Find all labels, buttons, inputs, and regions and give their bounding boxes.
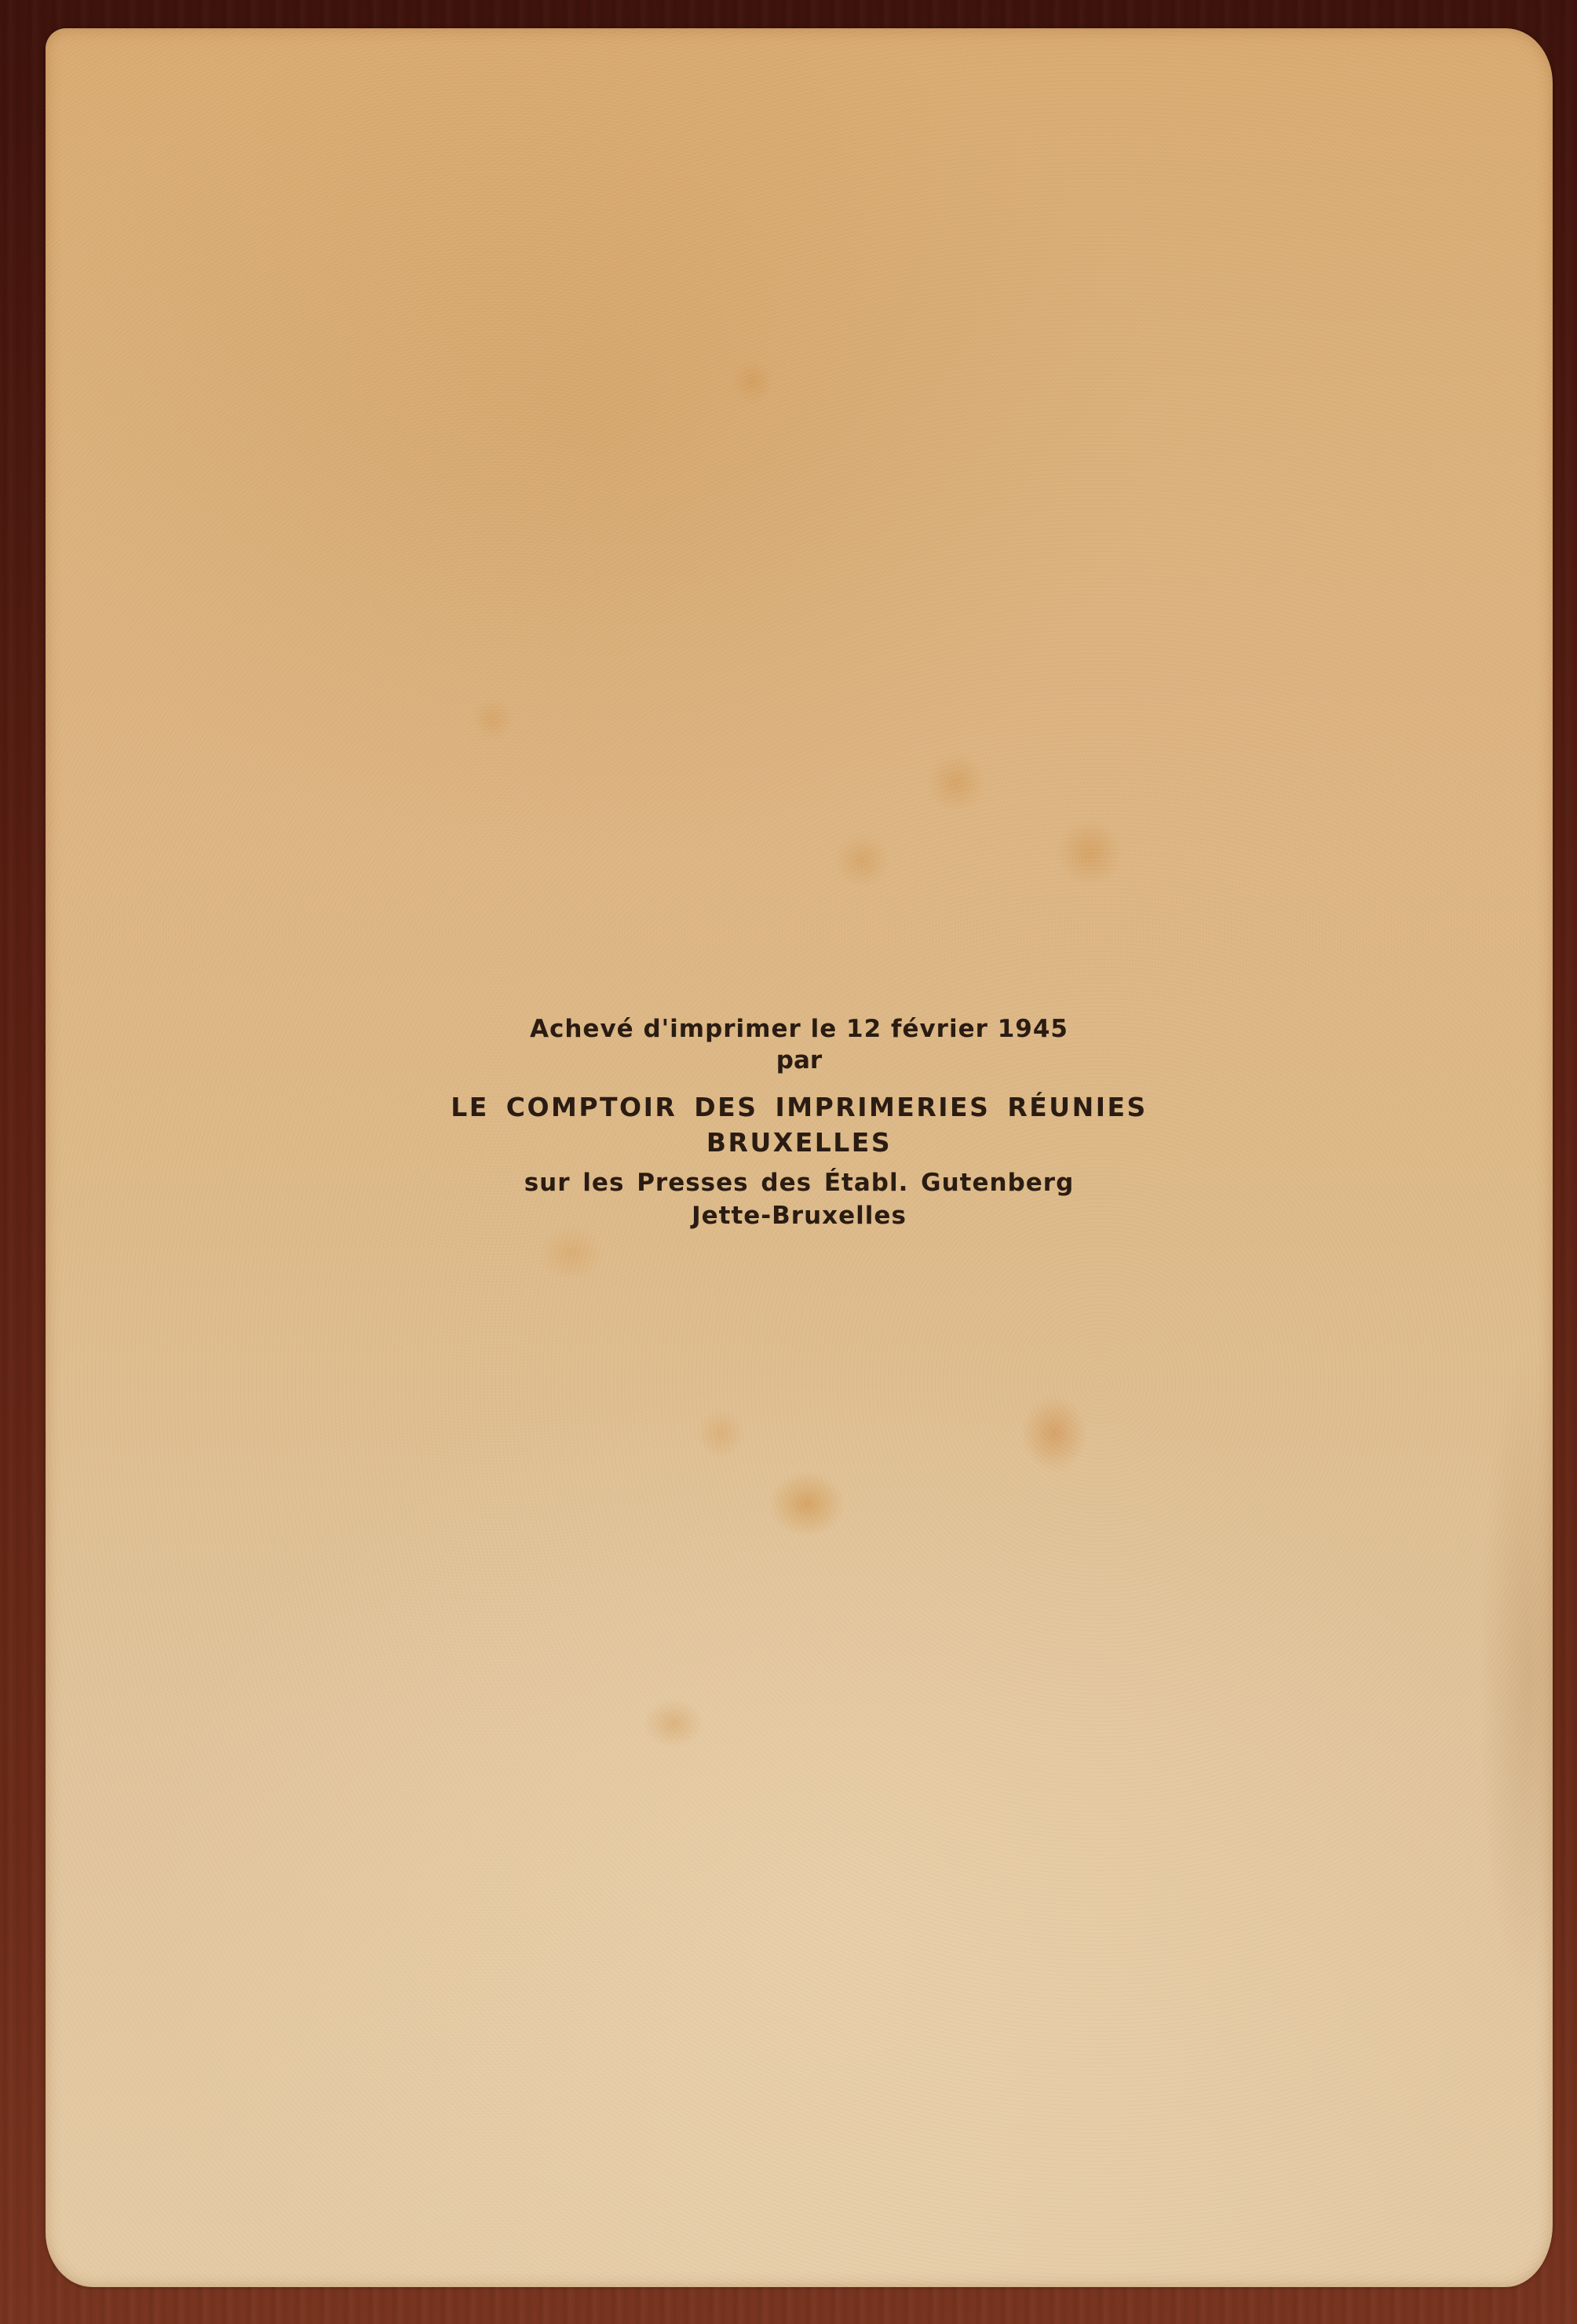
presses-location: Jette-Bruxelles xyxy=(46,1202,1553,1230)
printer-name: LE COMPTOIR DES IMPRIMERIES RÉUNIES xyxy=(46,1092,1553,1122)
completion-date-line: Achevé d'imprimer le 12 février 1945 xyxy=(46,1015,1553,1043)
colophon: Achevé d'imprimer le 12 février 1945 par… xyxy=(46,1015,1553,1230)
printer-city: BRUXELLES xyxy=(46,1127,1553,1158)
presses-line: sur les Presses des Établ. Gutenberg xyxy=(46,1169,1553,1197)
book-page: Achevé d'imprimer le 12 février 1945 par… xyxy=(46,28,1553,2287)
by-line: par xyxy=(46,1046,1553,1074)
